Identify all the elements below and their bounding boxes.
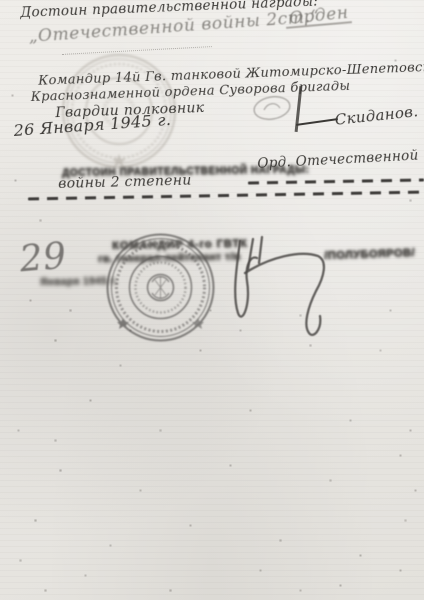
dashed-fill-line-2 — [28, 191, 424, 201]
award-handwritten-line1: Орд. Отечественной — [257, 148, 419, 172]
pencil-oval-mark — [250, 92, 298, 124]
pencil-date-number: 29 — [18, 236, 68, 281]
dashed-fill-line-1 — [248, 178, 424, 184]
scanned-document-page: Достоин правительственной награды: Орден… — [0, 0, 424, 600]
award-handwritten-line2: войны 2 степени — [58, 173, 192, 192]
signature-dash-stroke — [296, 118, 338, 126]
corps-round-seal — [103, 230, 218, 345]
pencil-signature-scrawl — [215, 233, 350, 343]
paper-speckles — [0, 0, 1, 1]
corps-stamp-date: Января 1945 г. — [40, 276, 118, 288]
